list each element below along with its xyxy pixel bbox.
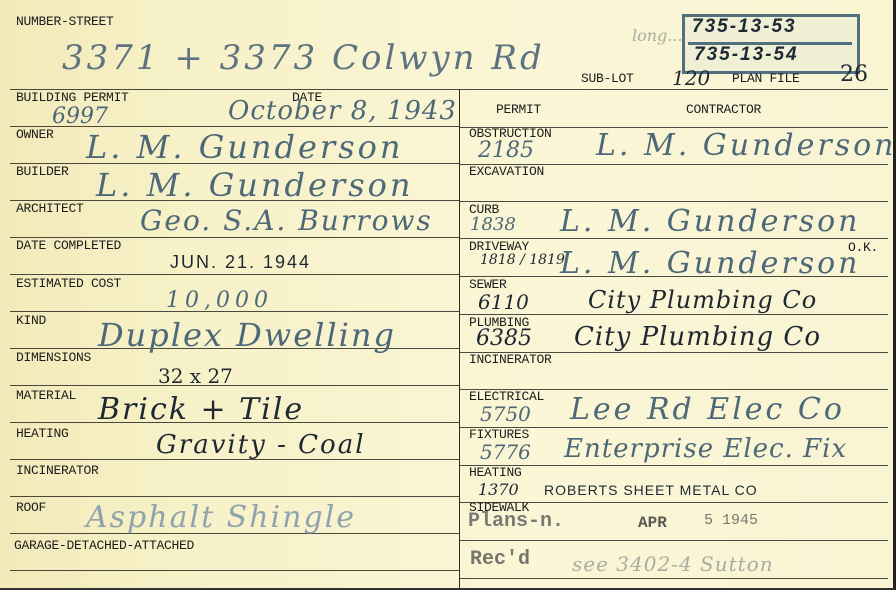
rule-line: [10, 570, 459, 571]
builder-value: L. M. Gunderson: [96, 166, 414, 204]
estimated-cost-value: 10,000: [166, 288, 273, 313]
dimensions-label: DIMENSIONS: [16, 350, 91, 365]
roof-label: ROOF: [16, 500, 46, 515]
heating-permit: 1370: [478, 480, 519, 499]
incinerator-label: INCINERATOR: [16, 463, 99, 478]
rule-line: [10, 89, 888, 90]
kind-label: KIND: [16, 313, 46, 328]
building-permit-label: BUILDING PERMIT: [16, 90, 129, 105]
driveway-ok-note: O.K.: [848, 240, 878, 255]
date-completed-value: JUN. 21. 1944: [170, 252, 311, 273]
obstruction-contractor: L. M. Gunderson: [596, 128, 896, 163]
faint-note: long...: [632, 26, 683, 45]
date-completed-label: DATE COMPLETED: [16, 238, 121, 253]
sub-lot-value: 120: [672, 66, 710, 90]
building-permit-value: 6997: [52, 104, 108, 129]
electrical-permit: 5750: [480, 402, 531, 426]
sewer-permit: 6110: [478, 290, 529, 314]
rule-line: [10, 274, 459, 275]
incinerator-permit-label: INCINERATOR: [469, 352, 552, 367]
roof-value: Asphalt Shingle: [86, 500, 356, 535]
plan-file-value: 26: [840, 62, 868, 87]
parcel-number-1: 735-13-53: [692, 16, 797, 38]
rule-line: [10, 385, 459, 386]
rule-line: [459, 465, 888, 466]
owner-label: OWNER: [16, 127, 54, 142]
sub-lot-label: SUB-LOT: [581, 71, 634, 86]
builder-label: BUILDER: [16, 164, 69, 179]
permit-column-header: PERMIT: [496, 102, 541, 117]
rule-line: [459, 201, 888, 202]
curb-permit: 1838: [470, 214, 516, 235]
fixtures-permit: 5776: [480, 440, 531, 464]
number-street-label: NUMBER-STREET: [16, 14, 114, 29]
see-note: see 3402-4 Sutton: [572, 552, 774, 576]
column-divider: [459, 89, 460, 588]
heating-contractor: ROBERTS SHEET METAL CO: [544, 482, 758, 498]
plans-stamp: Plans-n.: [468, 510, 564, 533]
heating-permit-label: HEATING: [469, 465, 522, 480]
estimated-cost-label: ESTIMATED COST: [16, 276, 121, 291]
heating-label: HEATING: [16, 426, 69, 441]
plan-file-label: PLAN FILE: [732, 71, 800, 86]
sewer-contractor: City Plumbing Co: [588, 286, 817, 314]
owner-value: L. M. Gunderson: [86, 128, 404, 166]
plumbing-permit: 6385: [476, 326, 532, 351]
heating-value: Gravity - Coal: [156, 430, 366, 460]
rule-line: [459, 578, 888, 579]
rule-line: [459, 540, 888, 541]
fixtures-contractor: Enterprise Elec. Fix: [564, 434, 847, 464]
date-value: October 8, 1943: [228, 96, 457, 126]
electrical-contractor: Lee Rd Elec Co: [570, 392, 845, 427]
excavation-label: EXCAVATION: [469, 164, 544, 179]
rule-line: [10, 496, 459, 497]
plumbing-contractor: City Plumbing Co: [574, 322, 821, 352]
material-value: Brick + Tile: [98, 392, 304, 427]
curb-contractor: L. M. Gunderson: [560, 204, 860, 239]
kind-value: Duplex Dwelling: [98, 316, 396, 354]
obstruction-permit: 2185: [478, 138, 534, 163]
architect-value: Geo. S.A. Burrows: [140, 204, 433, 237]
architect-label: ARCHITECT: [16, 201, 84, 216]
permit-card: NUMBER-STREET 3371 + 3373 Colwyn Rd long…: [0, 0, 896, 590]
material-label: MATERIAL: [16, 388, 76, 403]
stamp-date-month: APR: [638, 514, 667, 532]
recd-stamp: Rec'd: [470, 548, 530, 571]
parcel-number-2: 735-13-54: [694, 44, 799, 66]
driveway-permit: 1818 / 1819: [480, 252, 565, 268]
garage-label: GARAGE-DETACHED-ATTACHED: [14, 538, 194, 553]
driveway-contractor: L. M. Gunderson: [560, 246, 860, 281]
stamp-date-day-year: 5 1945: [704, 512, 758, 529]
number-street-value: 3371 + 3373 Colwyn Rd: [62, 38, 545, 78]
dimensions-value: 32 x 27: [158, 364, 233, 388]
contractor-column-header: CONTRACTOR: [686, 102, 761, 117]
